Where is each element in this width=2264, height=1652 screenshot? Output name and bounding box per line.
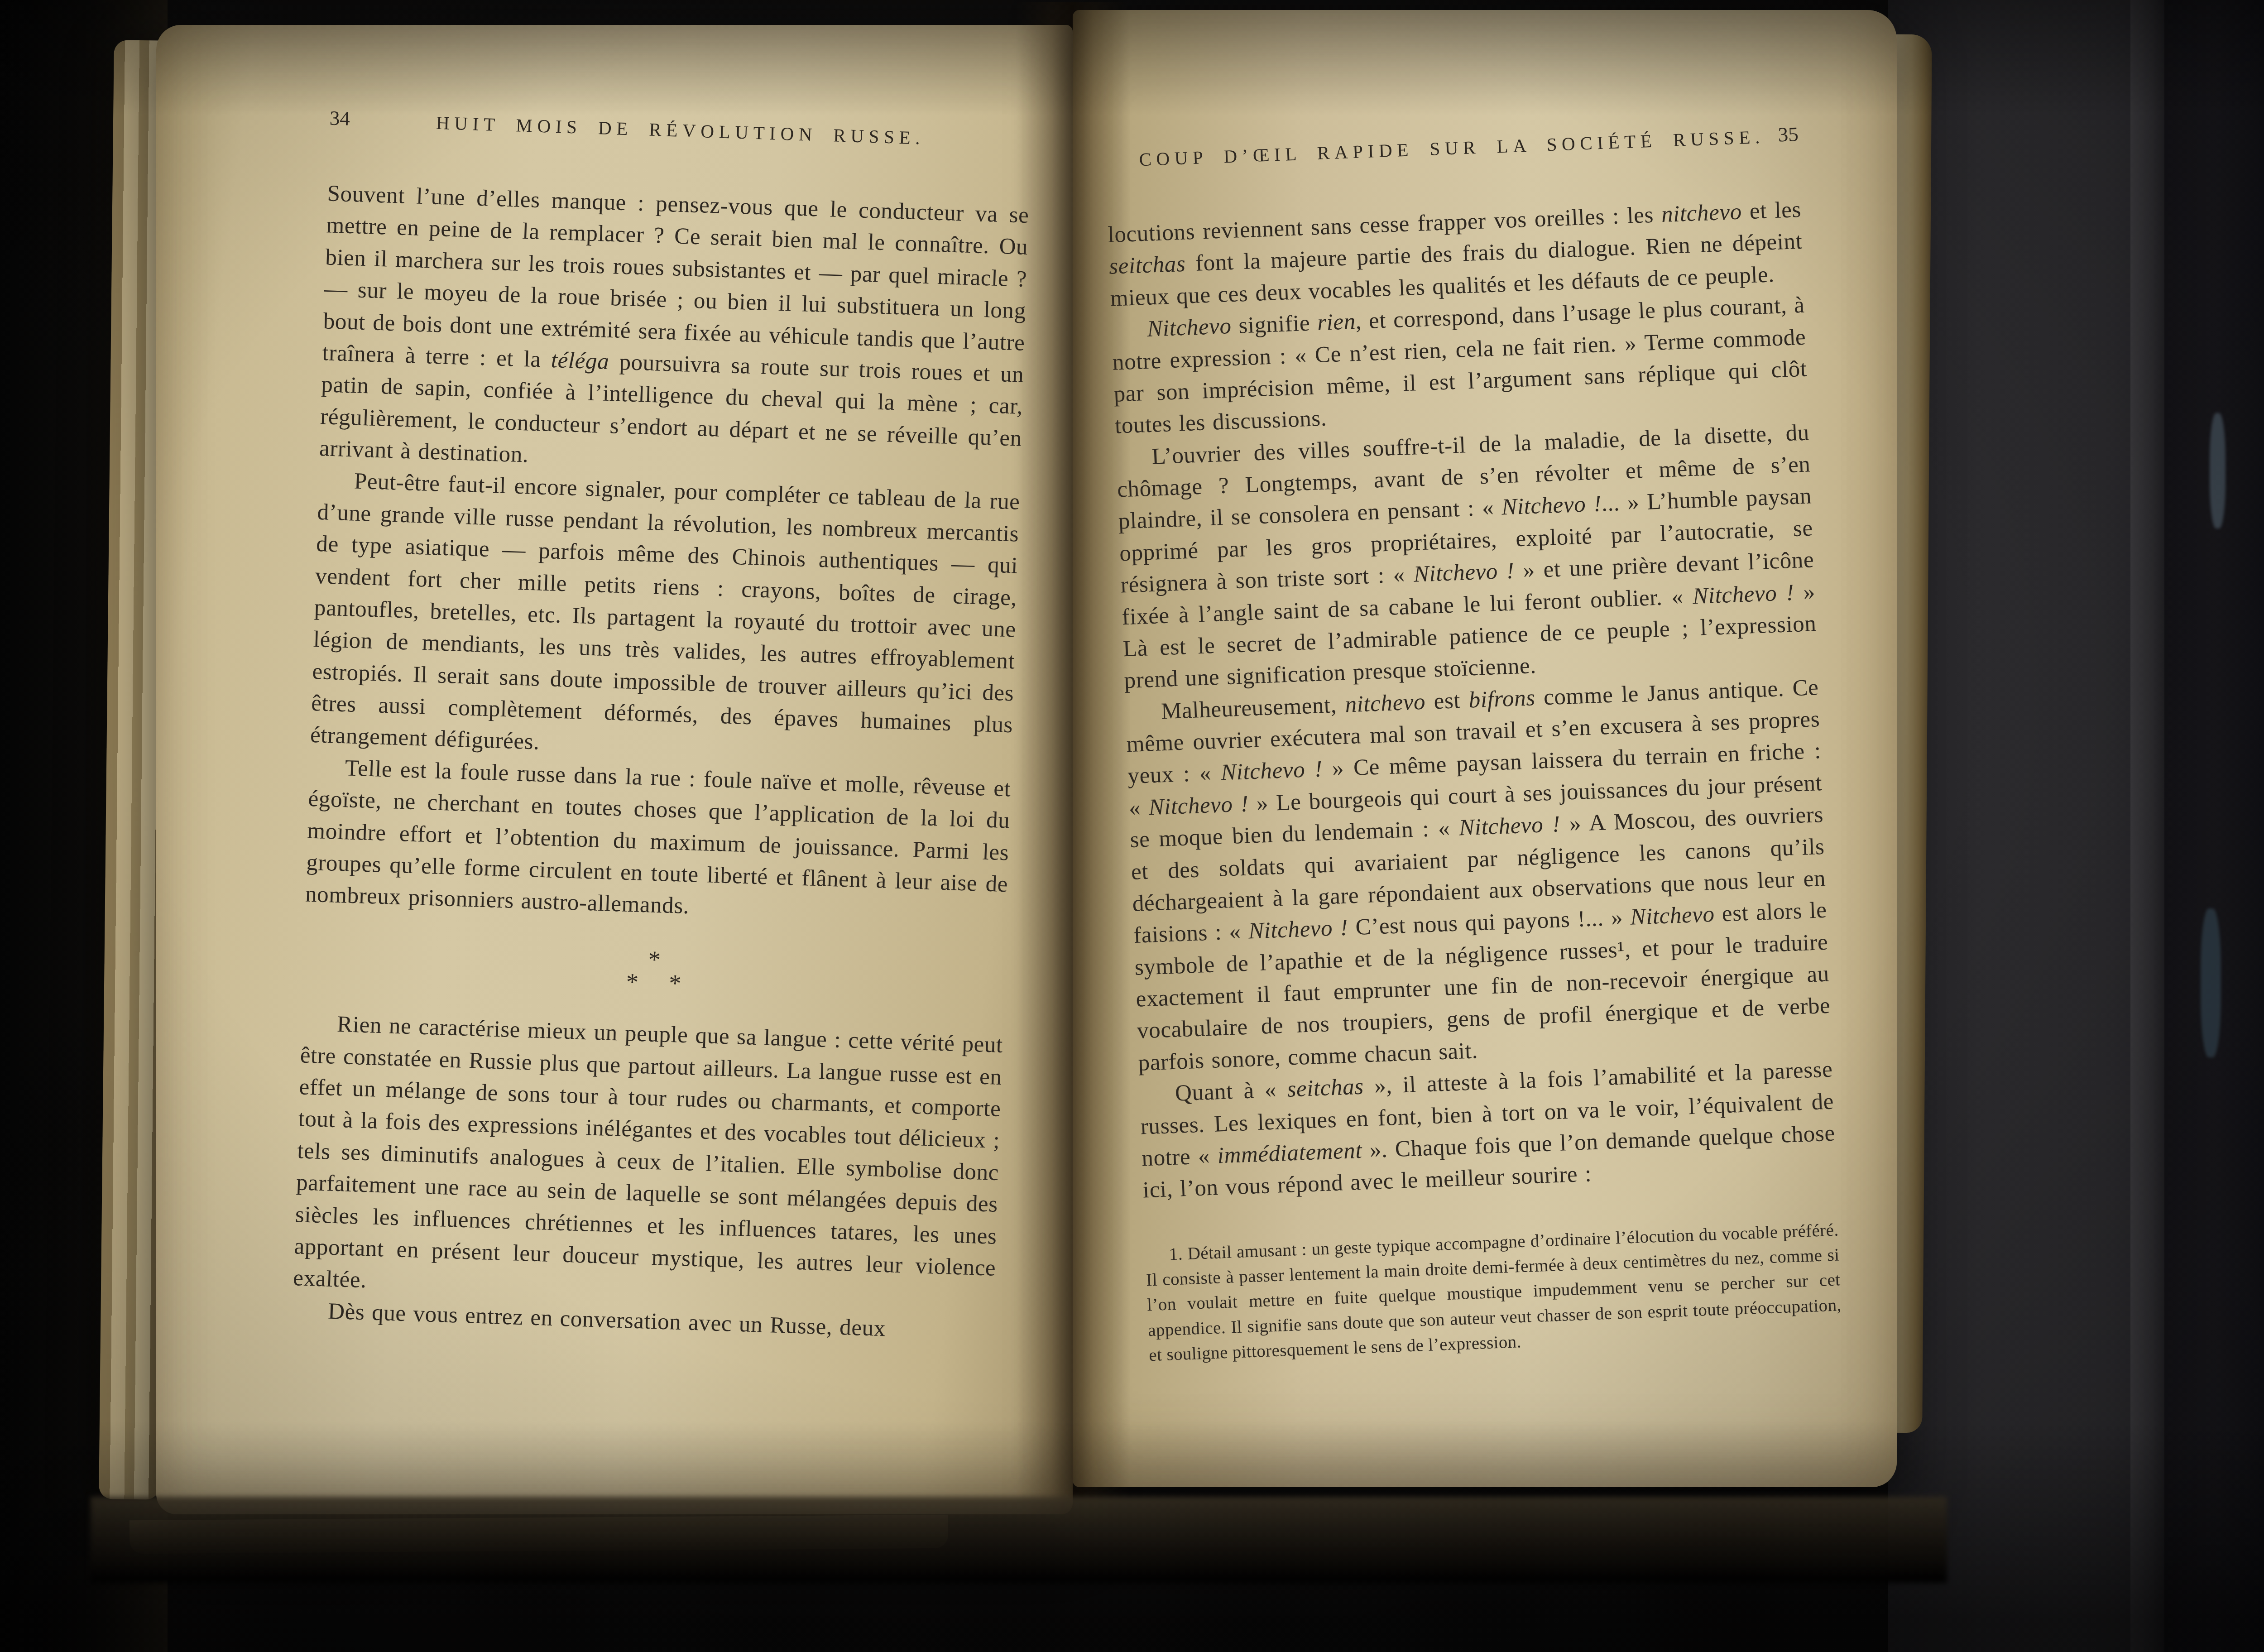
right-page-paragraphs: locutions reviennent sans cesse frapper … <box>1107 194 1837 1206</box>
right-running-title: COUP D’ŒIL RAPIDE SUR LA SOCIÉTÉ RUSSE. <box>1138 126 1765 170</box>
left-running-head: 34 HUIT MOIS DE RÉVOLUTION RUSSE. <box>329 108 1031 152</box>
left-page-number: 34 <box>329 106 350 130</box>
paragraph: Peut-être faut-il encore signaler, pour … <box>310 464 1020 773</box>
paragraph: Souvent l’une d’elles manque : pensez-vo… <box>319 178 1029 486</box>
paragraph: Malheureusement, nitchevo est bifrons co… <box>1125 672 1832 1079</box>
left-running-title: HUIT MOIS DE RÉVOLUTION RUSSE. <box>436 112 925 148</box>
right-running-head: COUP D’ŒIL RAPIDE SUR LA SOCIÉTÉ RUSSE. … <box>1104 125 1799 172</box>
right-page-text-block: COUP D’ŒIL RAPIDE SUR LA SOCIÉTÉ RUSSE. … <box>1104 125 1847 1477</box>
section-separator: ** * <box>302 937 1006 1004</box>
asterism-bottom: * * <box>614 970 694 994</box>
table-edge-ridge <box>2130 0 2167 1652</box>
open-book: 34 HUIT MOIS DE RÉVOLUTION RUSSE. Souven… <box>156 10 1936 1530</box>
paragraph: Quant à « seitchas », il atteste à la fo… <box>1139 1054 1837 1206</box>
asterism-top: * <box>636 948 673 971</box>
paragraph: Telle est la foule russe dans la rue : f… <box>305 751 1012 932</box>
left-page-paragraphs: Souvent l’une d’elles manque : pensez-vo… <box>292 178 1029 1348</box>
metal-glint <box>2201 908 2221 1057</box>
photo-scene: 34 HUIT MOIS DE RÉVOLUTION RUSSE. Souven… <box>0 0 2264 1652</box>
right-page-number: 35 <box>1777 122 1799 147</box>
footnote: 1. Détail amusant : un geste typique acc… <box>1145 1217 1842 1368</box>
left-page-text-block: 34 HUIT MOIS DE RÉVOLUTION RUSSE. Souven… <box>287 108 1031 1495</box>
left-page: 34 HUIT MOIS DE RÉVOLUTION RUSSE. Souven… <box>156 25 1073 1514</box>
background-right-dark <box>2164 0 2264 1652</box>
paragraph: Rien ne caractérise mieux un peuple que … <box>293 1007 1003 1316</box>
bottom-shadow <box>91 1497 1947 1583</box>
paragraph: L’ouvrier des villes souffre-t-il de la … <box>1115 417 1818 697</box>
metal-glint <box>2210 413 2226 528</box>
right-page: COUP D’ŒIL RAPIDE SUR LA SOCIÉTÉ RUSSE. … <box>1073 10 1897 1487</box>
paragraph: Nitchevo signifie rien, et correspond, d… <box>1111 289 1808 442</box>
